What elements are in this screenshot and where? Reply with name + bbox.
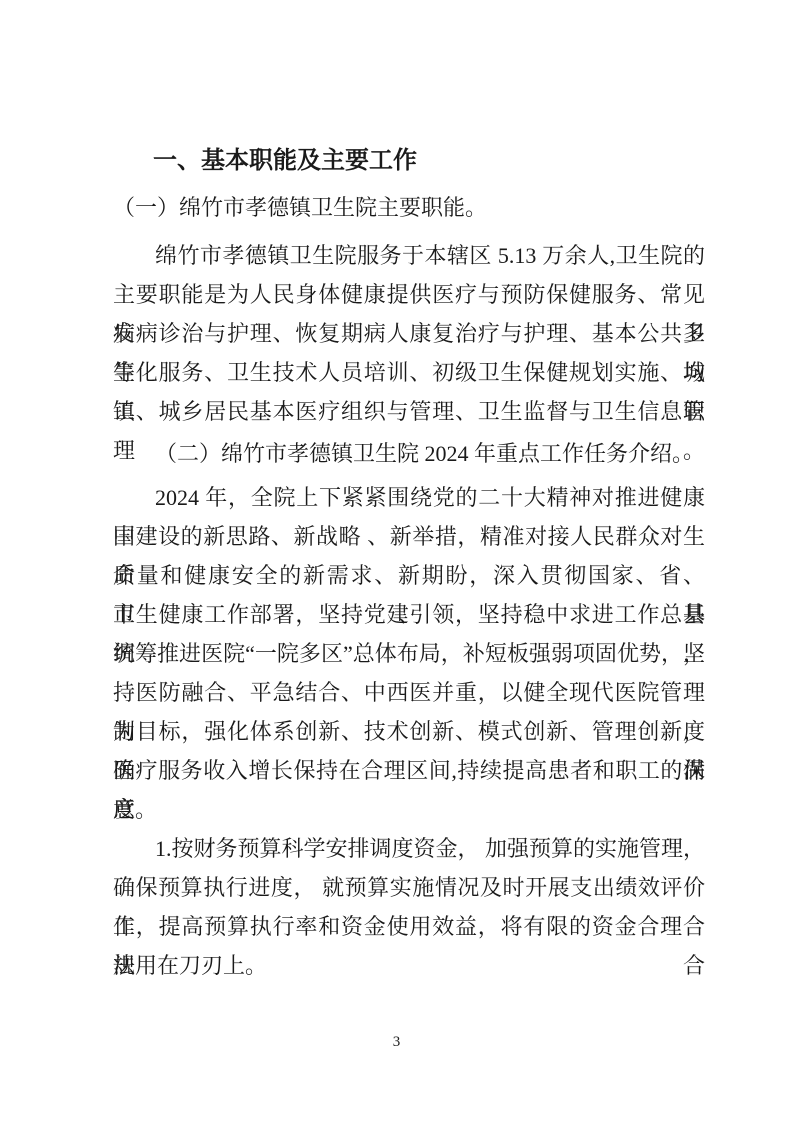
page-number: 3 <box>0 1032 793 1052</box>
para2-line: 医疗服务收入增长保持在合理区间,持续提高患者和职工的满意 <box>113 751 705 790</box>
para1-line: 绵竹市孝德镇卫生院服务于本辖区 5.13 万余人,卫生院的 <box>113 236 705 275</box>
para2-line: 国建设的新思路、新战略 、新举措，精准对接人民群众对生命 <box>113 517 705 556</box>
subsection-1-title: （一）绵竹市孝德镇卫生院主要职能。 <box>113 188 705 227</box>
para1-line: 等化服务、卫生技术人员培训、初级卫生保健规划实施、城镇职 <box>113 353 705 392</box>
para3-line: 作，提高预算执行率和资金使用效益，将有限的资金合理合法合 <box>113 907 705 946</box>
para2-line: 质量和健康安全的新需求、新期盼，深入贯彻国家、省、市、县 <box>113 556 705 595</box>
document-page: 一、基本职能及主要工作 （一）绵竹市孝德镇卫生院主要职能。 绵竹市孝德镇卫生院服… <box>0 0 793 1122</box>
para3-line: 确保预算执行进度， 就预算实施情况及时开展支出绩效评价工 <box>113 868 705 907</box>
para2-line: 卫生健康工作部署，坚持党建引领，坚持稳中求进工作总基调， <box>113 595 705 634</box>
subsection-2-title: （二）绵竹市孝德镇卫生院 2024 年重点工作任务介绍。 <box>113 434 705 473</box>
para2-line: 统筹推进医院“一院多区”总体布局，补短板强弱项固优势，坚 <box>113 634 705 673</box>
para3-line: 1.按财务预算科学安排调度资金， 加强预算的实施管理， <box>113 829 705 868</box>
para2-line: 度。 <box>113 790 705 829</box>
para2-line: 2024 年，全院上下紧紧围绕党的二十大精神对推进健康中 <box>113 478 705 517</box>
para1-line: 主要职能是为人民身体健康提供医疗与预防保健服务、常见病多 <box>113 275 705 314</box>
para2-line: 持医防融合、平急结合、中西医并重，以健全现代医院管理制度 <box>113 673 705 712</box>
para2-line: 为目标，强化体系创新、技术创新、模式创新、管理创新，确保 <box>113 712 705 751</box>
para1-line: 工、城乡居民基本医疗组织与管理、卫生监督与卫生信息管理。 <box>113 392 705 431</box>
para1-line: 发病诊治与护理、恢复期病人康复治疗与护理、基本公共卫生均 <box>113 314 705 353</box>
document-body: 一、基本职能及主要工作 （一）绵竹市孝德镇卫生院主要职能。 绵竹市孝德镇卫生院服… <box>113 141 705 985</box>
section-heading: 一、基本职能及主要工作 <box>113 141 705 180</box>
